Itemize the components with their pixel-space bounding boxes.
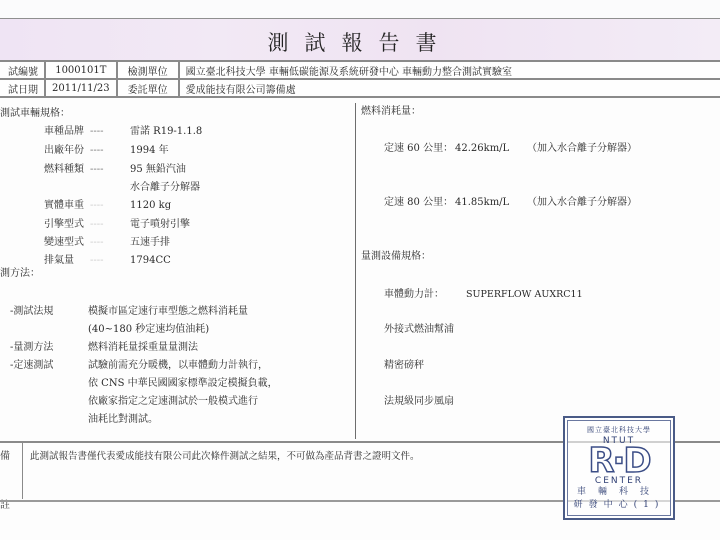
report-number-label: 試編號: [0, 61, 45, 79]
method-line: 試驗前需充分暖機，以車體動力計執行，: [88, 360, 268, 372]
method-line: 油耗比對測試。: [88, 414, 158, 426]
stamp-line2: 研發中心(1): [565, 499, 673, 512]
meta-row-test-date: 試日期 2011/11/23 委託單位 愛成能技有限公司籌備處: [0, 79, 720, 97]
vehicle-spec-heading: 測試車輛規格：: [0, 108, 70, 120]
equipment-label-fan: 法規級同步風扇: [384, 396, 454, 408]
page-top-margin: [0, 0, 720, 18]
remarks-label-top: 備: [0, 451, 10, 463]
testing-unit-value: 國立臺北科技大學 車輛低碳能源及系統研發中心 車輛動力整合測試實驗室: [179, 61, 720, 79]
fuel-value-80: 41.85km/L: [455, 197, 509, 209]
spec-value-weight: 1120 kg: [130, 200, 171, 212]
equipment-value-dyno: SUPERFLOW AUXRC11: [466, 289, 583, 301]
method-line: (40~180 秒定速均值油耗): [88, 324, 209, 336]
spec-label: 變速型式: [44, 237, 84, 249]
spec-value-brand: 雷諾 R19-1.1.8: [130, 126, 202, 138]
fuel-label-60: 定速 60 公里：: [384, 143, 453, 155]
remarks-divider: [22, 443, 23, 499]
spec-label: 出廠年份: [44, 145, 84, 157]
spec-dash: ----: [90, 219, 104, 231]
method-line: 依廠家指定之定速測試於一般模式進行: [88, 396, 258, 408]
column-divider: [355, 103, 356, 439]
spec-value-fuel-extra: 水合離子分解器: [130, 182, 200, 194]
fuel-note-80: （加入水合離子分解器）: [527, 197, 637, 209]
fuel-consumption-heading: 燃料消耗量：: [361, 106, 421, 118]
equipment-heading: 量測設備規格：: [361, 251, 431, 263]
spec-label: 引擎型式: [44, 219, 84, 231]
meta-table: 試編號 1000101T 檢測單位 國立臺北科技大學 車輛低碳能源及系統研發中心…: [0, 60, 720, 98]
spec-label: 排氣量: [44, 255, 74, 267]
spec-label: 車種品牌: [44, 126, 84, 138]
testing-unit-label: 檢測單位: [117, 61, 179, 79]
fuel-value-60: 42.26km/L: [455, 143, 509, 155]
method-line: 模擬市區定速行車型態之燃料消耗量: [88, 306, 248, 318]
spec-dash: ----: [90, 164, 104, 176]
meta-row-report-number: 試編號 1000101T 檢測單位 國立臺北科技大學 車輛低碳能源及系統研發中心…: [0, 61, 720, 79]
spec-dash: ----: [90, 237, 104, 249]
equipment-label-dyno: 車體動力計：: [384, 289, 444, 301]
test-date-value: 2011/11/23: [45, 79, 117, 97]
spec-dash: ----: [90, 255, 104, 267]
method-line: 依 CNS 中華民國國家標準設定模擬負載，: [88, 378, 278, 390]
stamp-university: 國立臺北科技大學: [565, 425, 673, 435]
test-date-label: 試日期: [0, 79, 45, 97]
equipment-label-fuel-pump: 外接式燃油幫浦: [384, 324, 454, 336]
equipment-label-scale: 精密磅秤: [384, 360, 424, 372]
client-unit-label: 委託單位: [117, 79, 179, 97]
stamp-rd-logo: R·D: [565, 446, 673, 476]
spec-dash: ----: [90, 200, 104, 212]
method-label-constant-speed: -定速測試: [10, 360, 53, 372]
report-title: 測試報告書: [0, 27, 720, 57]
spec-value-engine: 電子噴射引擎: [130, 219, 190, 231]
remarks-text: 此測試報告書僅代表愛成能技有限公司此次條件測試之結果，不可做為產品背書之證明文件…: [30, 451, 420, 463]
report-number-value: 1000101T: [45, 61, 117, 79]
spec-label: 實體車重: [44, 200, 84, 212]
stamp-line1: 車輛科技: [565, 486, 673, 499]
fuel-note-60: （加入水合離子分解器）: [527, 143, 637, 155]
stamp-center: CENTER: [565, 476, 673, 486]
spec-value-displacement: 1794CC: [130, 255, 171, 267]
fuel-label-80: 定速 80 公里：: [384, 197, 453, 209]
spec-value-year: 1994 年: [130, 145, 169, 157]
method-label-regulation: -測試法規: [10, 306, 53, 318]
spec-value-fuel: 95 無鉛汽油: [130, 164, 186, 176]
method-line: 燃料消耗量採重量量測法: [88, 342, 198, 354]
ntut-rd-center-stamp: 國立臺北科技大學 NTUT R·D CENTER 車輛科技 研發中心(1): [563, 416, 675, 520]
client-unit-value: 愛成能技有限公司籌備處: [179, 79, 720, 97]
test-method-heading: 測方法：: [0, 268, 40, 280]
method-label-measure: -量測方法: [10, 342, 53, 354]
spec-dash: ----: [90, 145, 104, 157]
spec-label: 燃料種類: [44, 164, 84, 176]
spec-dash: ----: [90, 126, 104, 138]
spec-value-transmission: 五速手排: [130, 237, 170, 249]
